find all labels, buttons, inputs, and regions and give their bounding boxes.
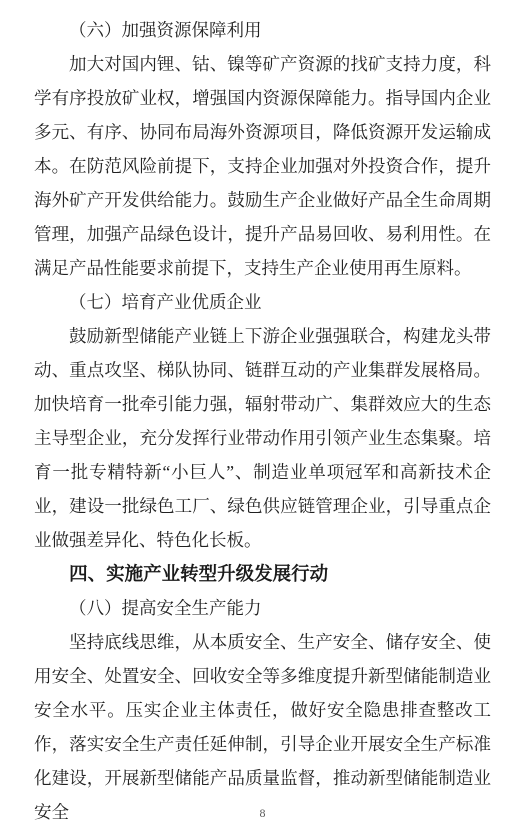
paragraph-quality-enterprises: 鼓励新型储能产业链上下游企业强强联合，构建龙头带动、重点攻坚、梯队协同、链群互动… <box>34 319 491 557</box>
section-heading-6: （六）加强资源保障利用 <box>34 13 491 47</box>
paragraph-safety-production: 坚持底线思维，从本质安全、生产安全、储存安全、使用安全、处置安全、回收安全等多维… <box>34 625 491 829</box>
chapter-heading-4: 四、实施产业转型升级发展行动 <box>34 557 491 591</box>
section-heading-7: （七）培育产业优质企业 <box>34 285 491 319</box>
section-heading-8: （八）提高安全生产能力 <box>34 591 491 625</box>
page-number: 8 <box>0 805 525 821</box>
document-body: （六）加强资源保障利用 加大对国内锂、钴、镍等矿产资源的找矿支持力度，科学有序投… <box>34 13 491 829</box>
paragraph-resource-guarantee: 加大对国内锂、钴、镍等矿产资源的找矿支持力度，科学有序投放矿业权，增强国内资源保… <box>34 47 491 285</box>
document-page: （六）加强资源保障利用 加大对国内锂、钴、镍等矿产资源的找矿支持力度，科学有序投… <box>0 0 525 834</box>
